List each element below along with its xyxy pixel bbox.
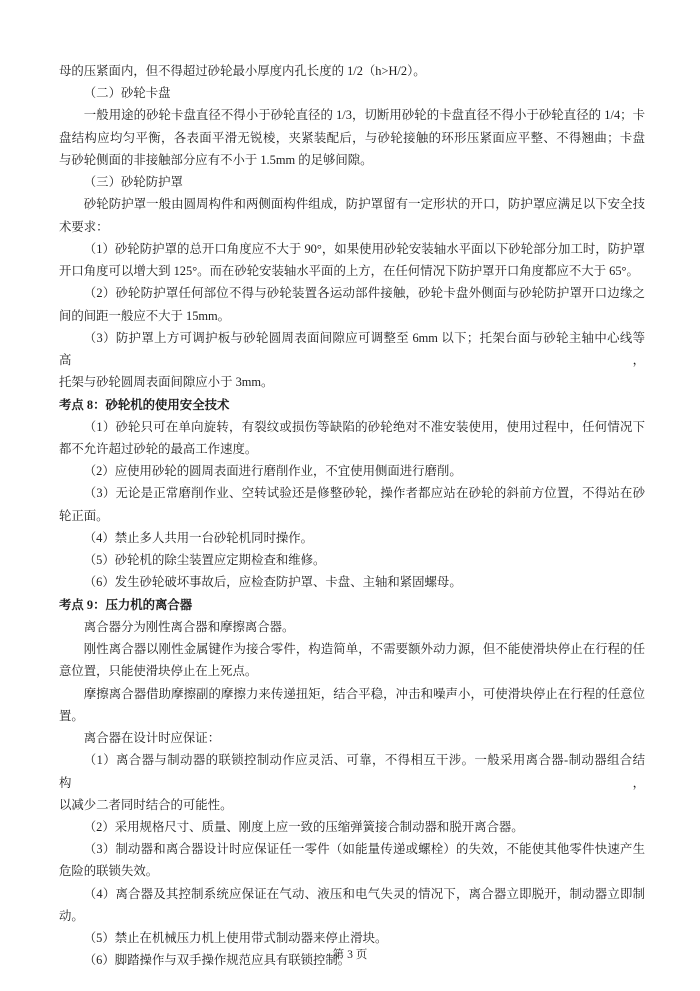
text-line: 危险的联锁失效。 (59, 860, 645, 882)
text-line: 开口角度可以增大到 125°。而在砂轮安装轴水平面的上方，在任何情况下防护罩开口… (59, 260, 645, 282)
text-line: 术要求： (59, 216, 645, 238)
heading-line: 考点 8：砂轮机的使用安全技术 (59, 394, 645, 416)
paragraph: （1）砂轮防护罩的总开口角度应不大于 90°，如果使用砂轮安装轴水平面以下砂轮部… (59, 238, 645, 282)
paragraph: （1）砂轮只可在单向旋转，有裂纹或损伤等缺陷的砂轮绝对不准安装使用，使用过程中，… (59, 416, 645, 460)
text-line: （三）砂轮防护罩 (59, 171, 645, 193)
text-line: 母的压紧面内，但不得超过砂轮最小厚度内孔长度的 1/2（h>H/2）。 (59, 60, 645, 82)
text-line: （1）离合器与制动器的联锁控制动作应灵活、可靠，不得相互干涉。一般采用离合器-制… (59, 749, 645, 793)
text-line: 砂轮防护罩一般由圆周构件和两侧面构件组成，防护罩留有一定形状的开口，防护罩应满足… (59, 193, 645, 215)
paragraph: （5）砂轮机的除尘装置应定期检查和维修。 (59, 549, 645, 571)
paragraph: （三）砂轮防护罩 (59, 171, 645, 193)
document-page: 母的压紧面内，但不得超过砂轮最小厚度内孔长度的 1/2（h>H/2）。 （二）砂… (0, 0, 700, 991)
paragraph: （3）无论是正常磨削作业、空转试验还是修整砂轮，操作者都应站在砂轮的斜前方位置，… (59, 482, 645, 526)
text-line: 动。 (59, 905, 645, 927)
paragraph: （6）发生砂轮破坏事故后，应检查防护罩、卡盘、主轴和紧固螺母。 (59, 571, 645, 593)
paragraph: （4）离合器及其控制系统应保证在气动、液压和电气失灵的情况下，离合器立即脱开，制… (59, 883, 645, 927)
paragraph: （2）采用规格尺寸、质量、刚度上应一致的压缩弹簧接合制动器和脱开离合器。 (59, 816, 645, 838)
text-line: 与砂轮侧面的非接触部分应有不小于 1.5mm 的足够间隙。 (59, 149, 645, 171)
paragraph: 一般用途的砂轮卡盘直径不得小于砂轮直径的 1/3，切断用砂轮的卡盘直径不得小于砂… (59, 104, 645, 171)
section-heading: 考点 9：压力机的离合器 (59, 594, 645, 616)
text-line: （5）砂轮机的除尘装置应定期检查和维修。 (59, 549, 645, 571)
text-line: 轮正面。 (59, 505, 645, 527)
text-line: 托架与砂轮圆周表面间隙应小于 3mm。 (59, 371, 645, 393)
text-line: （3）防护罩上方可调护板与砂轮圆周表面间隙应可调整至 6mm 以下；托架台面与砂… (59, 327, 645, 371)
text-line: 都不允许超过砂轮的最高工作速度。 (59, 438, 645, 460)
text-line: 以减少二者同时结合的可能性。 (59, 794, 645, 816)
text-line: 刚性离合器以刚性金属键作为接合零件，构造简单，不需要额外动力源，但不能使滑块停止… (59, 638, 645, 660)
paragraph: （4）禁止多人共用一台砂轮机同时操作。 (59, 527, 645, 549)
text-line: 盘结构应均匀平衡，各表面平滑无锐棱，夹紧装配后，与砂轮接触的环形压紧面应平整、不… (59, 127, 645, 149)
paragraph: 离合器分为刚性离合器和摩擦离合器。 (59, 616, 645, 638)
paragraph: 母的压紧面内，但不得超过砂轮最小厚度内孔长度的 1/2（h>H/2）。 (59, 60, 645, 82)
text-line: （4）禁止多人共用一台砂轮机同时操作。 (59, 527, 645, 549)
text-line: （1）砂轮只可在单向旋转，有裂纹或损伤等缺陷的砂轮绝对不准安装使用，使用过程中，… (59, 416, 645, 438)
paragraph: （2）砂轮防护罩任何部位不得与砂轮装置各运动部件接触，砂轮卡盘外侧面与砂轮防护罩… (59, 282, 645, 326)
heading-line: 考点 9：压力机的离合器 (59, 594, 645, 616)
paragraph: （二）砂轮卡盘 (59, 82, 645, 104)
text-line: （6）发生砂轮破坏事故后，应检查防护罩、卡盘、主轴和紧固螺母。 (59, 571, 645, 593)
text-line: 意位置，只能使滑块停止在上死点。 (59, 660, 645, 682)
paragraph: 离合器在设计时应保证： (59, 727, 645, 749)
text-line: （3）无论是正常磨削作业、空转试验还是修整砂轮，操作者都应站在砂轮的斜前方位置，… (59, 482, 645, 504)
text-line: （二）砂轮卡盘 (59, 82, 645, 104)
document-body: 母的压紧面内，但不得超过砂轮最小厚度内孔长度的 1/2（h>H/2）。 （二）砂… (59, 60, 645, 972)
text-line: （2）砂轮防护罩任何部位不得与砂轮装置各运动部件接触，砂轮卡盘外侧面与砂轮防护罩… (59, 282, 645, 304)
text-line: 离合器分为刚性离合器和摩擦离合器。 (59, 616, 645, 638)
paragraph: （3）防护罩上方可调护板与砂轮圆周表面间隙应可调整至 6mm 以下；托架台面与砂… (59, 327, 645, 394)
text-line: （1）砂轮防护罩的总开口角度应不大于 90°，如果使用砂轮安装轴水平面以下砂轮部… (59, 238, 645, 260)
text-line: （4）离合器及其控制系统应保证在气动、液压和电气失灵的情况下，离合器立即脱开，制… (59, 883, 645, 905)
text-line: （2）采用规格尺寸、质量、刚度上应一致的压缩弹簧接合制动器和脱开离合器。 (59, 816, 645, 838)
paragraph: 摩擦离合器借助摩擦副的摩擦力来传递扭矩，结合平稳，冲击和噪声小，可使滑块停止在行… (59, 683, 645, 727)
text-line: （2）应使用砂轮的圆周表面进行磨削作业，不宜使用侧面进行磨削。 (59, 460, 645, 482)
paragraph: （1）离合器与制动器的联锁控制动作应灵活、可靠，不得相互干涉。一般采用离合器-制… (59, 749, 645, 816)
text-line: （3）制动器和离合器设计时应保证任一零件（如能量传递或螺栓）的失效，不能使其他零… (59, 838, 645, 860)
page-number: 第 3 页 (0, 945, 700, 965)
text-line: 间的间距一般应不大于 15mm。 (59, 305, 645, 327)
text-line: 离合器在设计时应保证： (59, 727, 645, 749)
paragraph: 砂轮防护罩一般由圆周构件和两侧面构件组成，防护罩留有一定形状的开口，防护罩应满足… (59, 193, 645, 237)
section-heading: 考点 8：砂轮机的使用安全技术 (59, 394, 645, 416)
text-line: 摩擦离合器借助摩擦副的摩擦力来传递扭矩，结合平稳，冲击和噪声小，可使滑块停止在行… (59, 683, 645, 705)
paragraph: （3）制动器和离合器设计时应保证任一零件（如能量传递或螺栓）的失效，不能使其他零… (59, 838, 645, 882)
paragraph: 刚性离合器以刚性金属键作为接合零件，构造简单，不需要额外动力源，但不能使滑块停止… (59, 638, 645, 682)
text-line: 一般用途的砂轮卡盘直径不得小于砂轮直径的 1/3，切断用砂轮的卡盘直径不得小于砂… (59, 104, 645, 126)
paragraph: （2）应使用砂轮的圆周表面进行磨削作业，不宜使用侧面进行磨削。 (59, 460, 645, 482)
text-line: 置。 (59, 705, 645, 727)
